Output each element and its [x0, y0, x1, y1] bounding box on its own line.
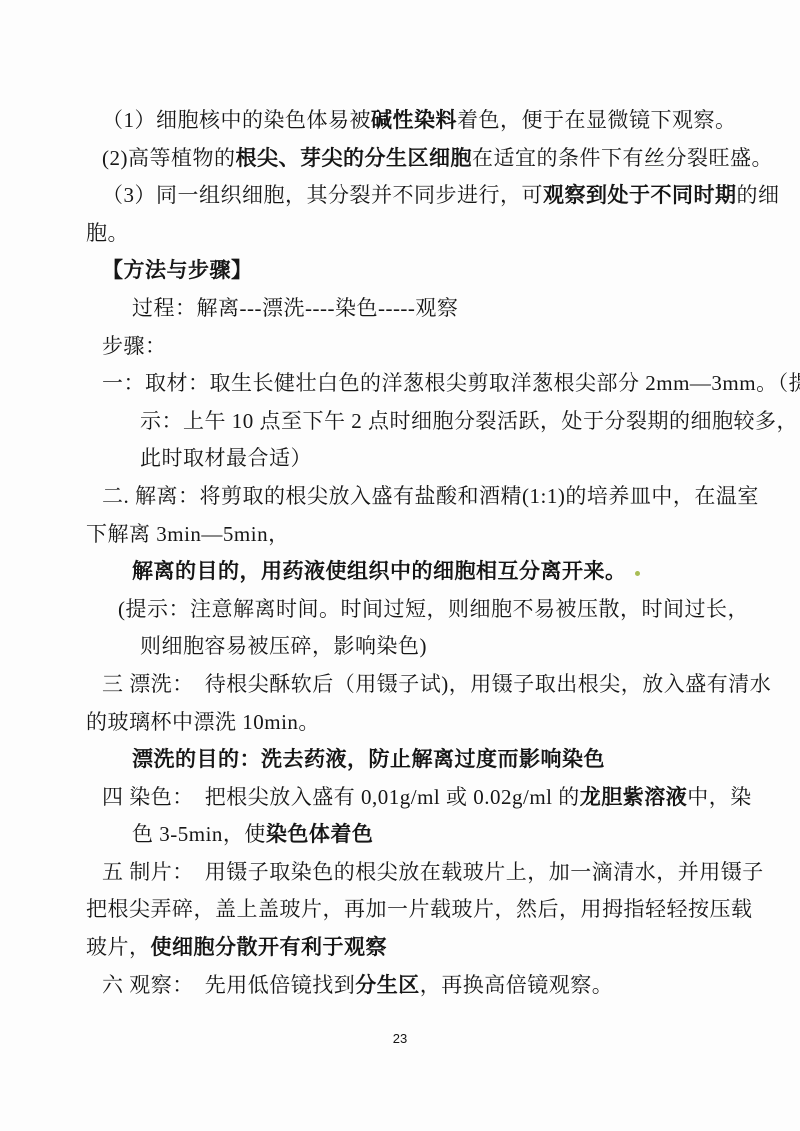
- text-line: 漂洗的目的：洗去药液，防止解离过度而影响染色: [86, 741, 734, 779]
- text-line: (2)高等植物的根尖、芽尖的分生区细胞在适宜的条件下有丝分裂旺盛。: [86, 140, 734, 178]
- text-line: 三 漂洗： 待根尖酥软后（用镊子试)，用镊子取出根尖，放入盛有清水: [86, 666, 734, 704]
- document-page: （1）细胞核中的染色体易被碱性染料着色，便于在显微镜下观察。(2)高等植物的根尖…: [0, 0, 800, 1131]
- page-number: 23: [0, 1030, 800, 1048]
- text-segment: 染色体着色: [266, 822, 374, 846]
- text-segment: 中，染: [687, 785, 752, 809]
- text-segment: 五 制片： 用镊子取染色的根尖放在载玻片上，加一滴清水，并用镊子: [102, 860, 764, 884]
- text-segment: 过程：解离---漂洗----染色-----观察: [132, 296, 458, 320]
- text-line: 【方法与步骤】: [86, 252, 734, 290]
- text-segment: 把根尖弄碎，盖上盖玻片，再加一片载玻片，然后，用拇指轻轻按压载: [86, 897, 753, 921]
- text-line: 把根尖弄碎，盖上盖玻片，再加一片载玻片，然后，用拇指轻轻按压载: [86, 891, 734, 929]
- text-line: 玻片，使细胞分散开有利于观察: [86, 929, 734, 967]
- text-line: 过程：解离---漂洗----染色-----观察: [86, 290, 734, 328]
- text-line: （3）同一组织细胞，其分裂并不同步进行，可观察到处于不同时期的细: [86, 177, 734, 215]
- text-segment: （3）同一组织细胞，其分裂并不同步进行，可: [102, 183, 543, 207]
- text-line: 二. 解离：将剪取的根尖放入盛有盐酸和酒精(1:1)的培养皿中，在温室: [86, 478, 734, 516]
- text-line: 胞。: [86, 215, 734, 253]
- text-segment: 观察到处于不同时期: [543, 183, 737, 207]
- text-line: 色 3-5min，使染色体着色: [86, 816, 734, 854]
- text-line: 一：取材：取生长健壮白色的洋葱根尖剪取洋葱根尖部分 2mm—3mm。（提: [86, 365, 734, 403]
- text-segment: 的玻璃杯中漂洗 10min。: [86, 710, 320, 734]
- text-segment: 使细胞分散开有利于观察: [151, 935, 388, 959]
- text-segment: 则细胞容易被压碎，影响染色): [140, 634, 427, 658]
- text-segment: 二. 解离：将剪取的根尖放入盛有盐酸和酒精(1:1)的培养皿中，在温室: [102, 484, 759, 508]
- text-line: 六 观察： 先用低倍镜找到分生区，再换高倍镜观察。: [86, 967, 734, 1005]
- text-segment: 玻片，: [86, 935, 151, 959]
- text-line: 则细胞容易被压碎，影响染色): [86, 628, 734, 666]
- text-segment: 分生区: [355, 973, 420, 997]
- text-line: (提示：注意解离时间。时间过短，则细胞不易被压散，时间过长，: [86, 591, 734, 629]
- text-segment: 解离的目的，用药液使组织中的细胞相互分离开来。: [132, 559, 627, 583]
- text-segment: 碱性染料: [371, 108, 457, 132]
- text-segment: 示：上午 10 点至下午 2 点时细胞分裂活跃，处于分裂期的细胞较多，: [140, 409, 798, 433]
- text-segment: 六 观察： 先用低倍镜找到: [102, 973, 355, 997]
- text-line: 步骤：: [86, 328, 734, 366]
- text-segment: (2)高等植物的: [102, 146, 236, 170]
- text-line: 此时取材最合适）: [86, 440, 734, 478]
- text-segment: (提示：注意解离时间。时间过短，则细胞不易被压散，时间过长，: [118, 597, 749, 621]
- text-segment: 着色，便于在显微镜下观察。: [457, 108, 737, 132]
- text-line: 解离的目的，用药液使组织中的细胞相互分离开来。: [86, 553, 734, 591]
- text-segment: 下解离 3min—5min，: [86, 522, 290, 546]
- text-segment: 胞。: [86, 221, 129, 245]
- text-segment: 四 染色： 把根尖放入盛有 0,01g/ml 或 0.02g/ml 的: [102, 785, 580, 809]
- text-segment: 三 漂洗： 待根尖酥软后（用镊子试)，用镊子取出根尖，放入盛有清水: [102, 672, 771, 696]
- text-segment: 色 3-5min，使: [132, 822, 266, 846]
- text-segment: 龙胆紫溶液: [580, 785, 688, 809]
- text-segment: 漂洗的目的：洗去药液，防止解离过度而影响染色: [132, 747, 605, 771]
- text-segment: 【方法与步骤】: [102, 258, 253, 282]
- text-line: 下解离 3min—5min，: [86, 516, 734, 554]
- text-segment: 此时取材最合适）: [140, 446, 312, 470]
- text-segment: 步骤：: [102, 334, 167, 358]
- text-segment: 根尖、芽尖的分生区细胞: [236, 146, 473, 170]
- document-body: （1）细胞核中的染色体易被碱性染料着色，便于在显微镜下观察。(2)高等植物的根尖…: [86, 102, 734, 1004]
- text-segment: 的细: [737, 183, 780, 207]
- text-line: 五 制片： 用镊子取染色的根尖放在载玻片上，加一滴清水，并用镊子: [86, 854, 734, 892]
- text-segment: ，再换高倍镜观察。: [420, 973, 614, 997]
- text-segment: 在适宜的条件下有丝分裂旺盛。: [472, 146, 773, 170]
- text-segment: （1）细胞核中的染色体易被: [102, 108, 371, 132]
- text-line: （1）细胞核中的染色体易被碱性染料着色，便于在显微镜下观察。: [86, 102, 734, 140]
- artifact-dot: [635, 571, 640, 576]
- text-line: 四 染色： 把根尖放入盛有 0,01g/ml 或 0.02g/ml 的龙胆紫溶液…: [86, 779, 734, 817]
- text-segment: 一：取材：取生长健壮白色的洋葱根尖剪取洋葱根尖部分 2mm—3mm。（提: [102, 371, 800, 395]
- text-line: 示：上午 10 点至下午 2 点时细胞分裂活跃，处于分裂期的细胞较多，: [86, 403, 734, 441]
- text-line: 的玻璃杯中漂洗 10min。: [86, 704, 734, 742]
